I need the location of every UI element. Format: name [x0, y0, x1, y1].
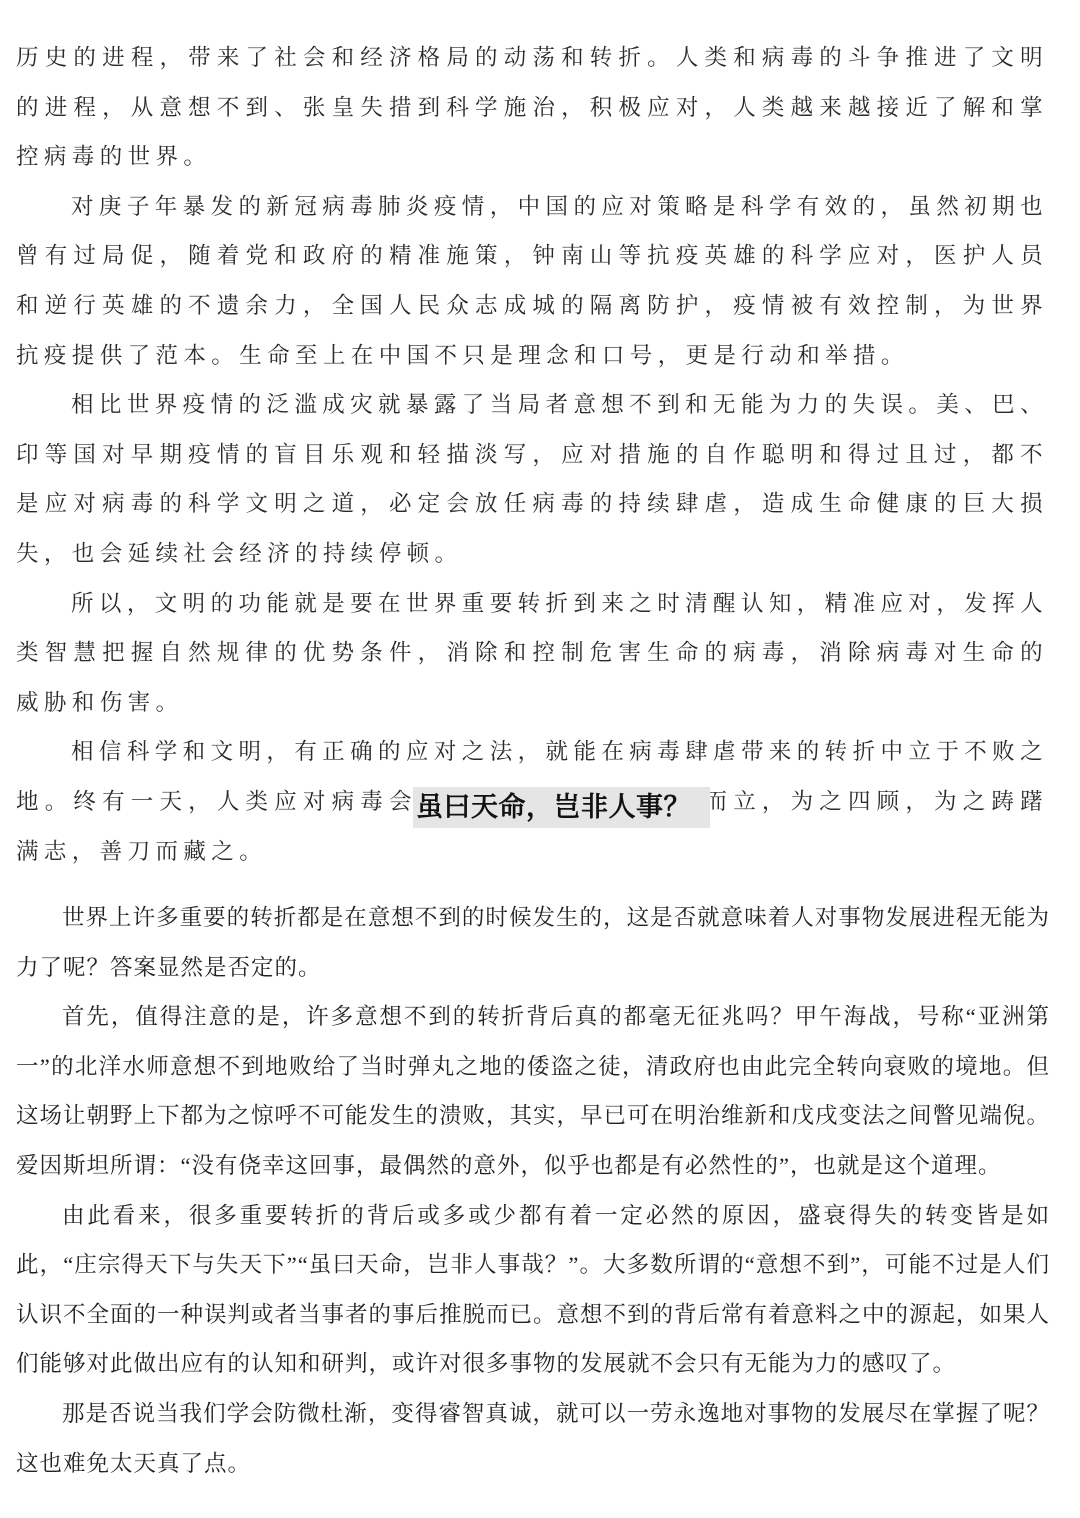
- paragraph: 相比世界疫情的泛滥成灾就暴露了当局者意想不到和无能为力的失误。美、巴、印等国对早…: [16, 381, 1048, 579]
- paragraph: 对庚子年暴发的新冠病毒肺炎疫情，中国的应对策略是科学有效的，虽然初期也曾有过局促…: [16, 183, 1048, 381]
- paragraph: 历史的进程，带来了社会和经济格局的动荡和转折。人类和病毒的斗争推进了文明的进程，…: [16, 34, 1048, 183]
- essay-title: 虽曰天命，岂非人事？: [413, 787, 710, 828]
- paragraph: 所以，文明的功能就是要在世界重要转折到来之时清醒认知，精准应对，发挥人类智慧把握…: [16, 580, 1048, 729]
- essay-title-highlight: 虽曰天命，岂非人事？: [413, 787, 710, 828]
- paragraph: 由此看来，很多重要转折的背后或多或少都有着一定必然的原因，盛衰得失的转变皆是如此…: [16, 1191, 1050, 1389]
- paragraph: 世界上许多重要的转折都是在意想不到的时候发生的，这是否就意味着人对事物发展进程无…: [16, 893, 1050, 992]
- paragraph: 那是否说当我们学会防微杜渐，变得睿智真诚，就可以一劳永逸地对事物的发展尽在掌握了…: [16, 1389, 1050, 1488]
- essay-continuation: 历史的进程，带来了社会和经济格局的动荡和转折。人类和病毒的斗争推进了文明的进程，…: [16, 34, 1048, 877]
- paragraph: 首先，值得注意的是，许多意想不到的转折背后真的都毫无征兆吗？甲午海战，号称“亚洲…: [16, 992, 1050, 1190]
- document-page: 历史的进程，带来了社会和经济格局的动荡和转折。人类和病毒的斗争推进了文明的进程，…: [0, 0, 1080, 1518]
- essay-body: 世界上许多重要的转折都是在意想不到的时候发生的，这是否就意味着人对事物发展进程无…: [16, 893, 1050, 1488]
